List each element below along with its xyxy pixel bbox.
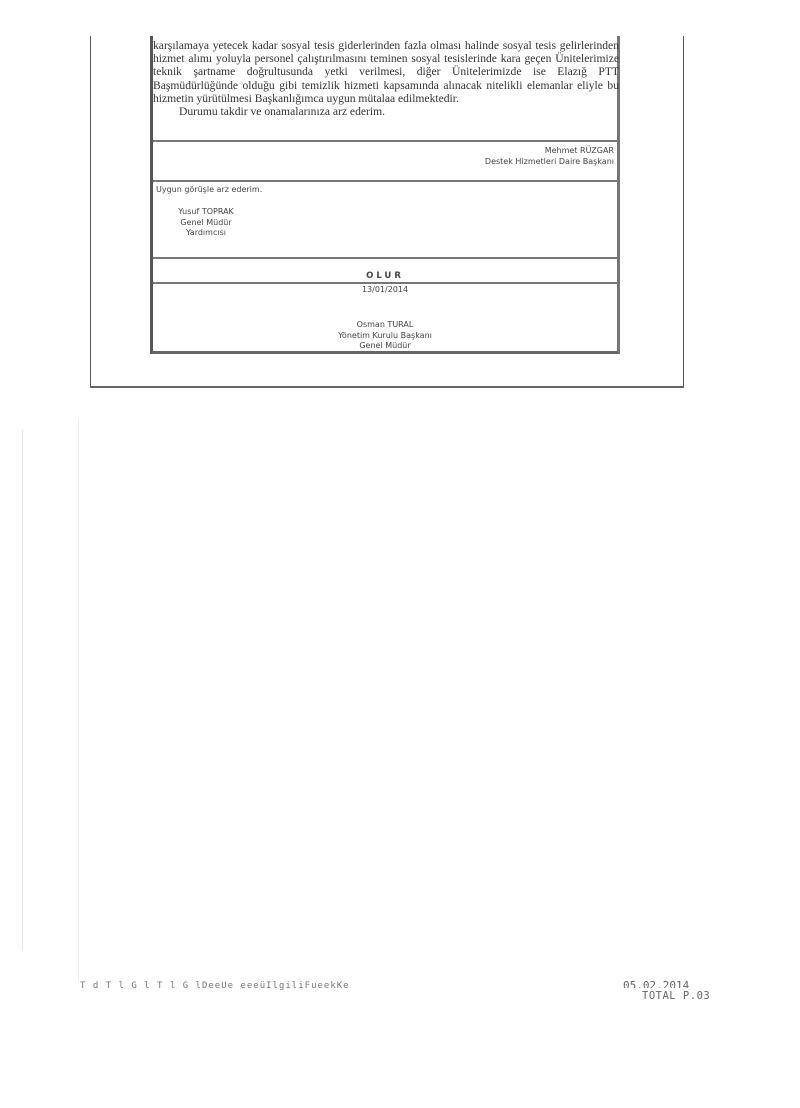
row-divider <box>153 180 617 182</box>
fax-total-pages: TOTAL P.03 <box>642 990 710 1002</box>
document-body: karşılamaya yetecek kadar sosyal tesis g… <box>153 39 619 118</box>
fax-header-line: T d T l G l T l G lDeeUe eeeüIlgiliFueek… <box>80 981 600 990</box>
row-divider <box>153 140 617 142</box>
approval-date-block: 13/01/2014 <box>153 285 617 296</box>
signature-block-2: Yusuf TOPRAK Genel Müdür Yardımcısı <box>160 207 252 239</box>
row-divider <box>153 257 617 259</box>
signature-remark: Uygun görüşle arz ederim. <box>156 185 262 196</box>
row-divider <box>153 282 617 284</box>
fax-date: 05.02.2014 <box>623 979 689 988</box>
closing-sentence: Durumu takdir ve onamalarınıza arz ederi… <box>153 105 619 118</box>
signature-block-1: Mehmet RÜZGAR Destek Hizmetleri Daire Ba… <box>485 146 614 167</box>
signer-name: Yusuf TOPRAK <box>160 207 252 218</box>
signer-title: Genel Müdür Yardımcısı <box>160 218 252 239</box>
approval-signature: Osman TURAL Yönetim Kurulu Başkanı Genel… <box>153 320 617 352</box>
scan-artifact <box>22 430 23 950</box>
signer-name: Mehmet RÜZGAR <box>485 146 614 157</box>
approver-title-1: Yönetim Kurulu Başkanı <box>153 331 617 342</box>
body-paragraph: karşılamaya yetecek kadar sosyal tesis g… <box>153 39 619 105</box>
approval-block: OLUR <box>153 271 617 282</box>
approval-date: 13/01/2014 <box>153 285 617 296</box>
signer-title: Destek Hizmetleri Daire Başkanı <box>485 157 614 168</box>
scan-artifact <box>78 420 79 980</box>
approver-name: Osman TURAL <box>153 320 617 331</box>
approval-label: OLUR <box>153 271 617 282</box>
approver-title-2: Genel Müdür <box>153 341 617 352</box>
